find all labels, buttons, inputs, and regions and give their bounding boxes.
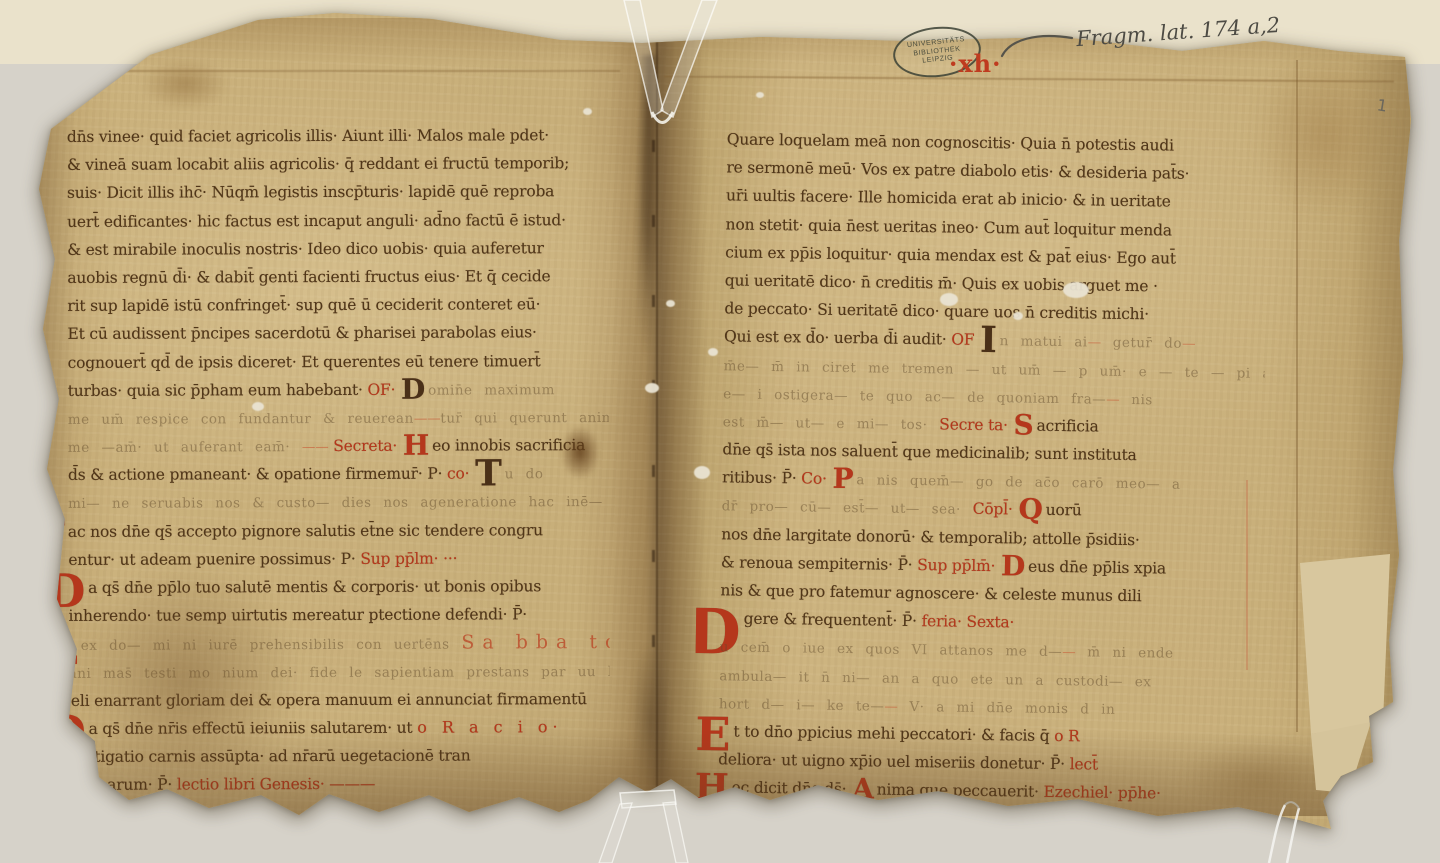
manuscript-text: eo innobis sacrificia <box>432 436 585 455</box>
manuscript-text: cognouert̄ qd̄ de ipsis diceret· Et quer… <box>68 352 541 372</box>
manuscript-line: Da qs̄ dn̄e nr̄is effectū ieiuniis salut… <box>45 713 610 743</box>
chant-text: u do <box>505 466 544 482</box>
illuminated-initial: H <box>402 429 432 462</box>
manuscript-line: & vineā suam locabit aliis agricolis· q̄… <box>43 149 608 179</box>
manuscript-text: nima que peccauerit· <box>877 781 1044 801</box>
chant-text: me um̄ respice con fundantur & reuerean <box>68 411 414 428</box>
manuscript-text: Qui est ex d̄o· uerba d̄i audit· <box>724 328 951 349</box>
chant-text: V· a mi dn̄e monis d in <box>898 699 1116 718</box>
sewing-hole <box>652 465 655 477</box>
manuscript-text: acrificia <box>1036 417 1098 436</box>
chant-text: m̄e— m̄ in ciret me tremen — ut um̄ — p … <box>724 358 1268 382</box>
illuminated-initial: H <box>693 766 731 809</box>
fold-crease <box>656 42 658 798</box>
rubric-text: Co· <box>801 470 831 488</box>
illuminated-initial: D <box>1000 549 1029 582</box>
chant-text: tur̄ qui querunt animam <box>440 410 610 427</box>
chant-text: e— i ostigera— te quo ac— de quoniam fra… <box>723 386 1106 407</box>
manuscript-line: me —am̄· ut auferant eam̄· —— Secreta· H… <box>44 431 609 461</box>
manuscript-line: ani mas̄ testi mo nium dei· fide le sapi… <box>45 657 610 687</box>
rubric-text: Sup pp̄lm̄· <box>917 556 1000 575</box>
manuscript-line: entur· ut adeam puenire possimus· P· Sup… <box>44 544 609 574</box>
manuscript-line: dn̄s vinee· quid faciet agricolis illis·… <box>43 121 608 151</box>
manuscript-text: ur̄i uultis facere· Ille homicida erat a… <box>726 187 1171 211</box>
rubric-text: Ezechiel· pp̄he· <box>1043 783 1160 803</box>
chant-text: est m̄— ut— e mi— tos· <box>723 414 940 433</box>
rubric-text: OF· <box>363 380 400 398</box>
rubric-text: co· <box>442 465 474 483</box>
chant-text: omin̄e maximum <box>428 382 555 398</box>
manuscript-text: inherendo· tue semp uirtutis mereatur pt… <box>68 605 527 625</box>
flaw-spot <box>645 383 659 393</box>
manuscript-text: castigatio carnis assūpta· ad nr̄arū ueg… <box>69 747 471 766</box>
rubric-text: feria· Sexta· <box>921 612 1014 631</box>
chant-rubric-mark: — <box>1106 391 1120 407</box>
manuscript-text: re sermonē meū· Vos ex patre diabolo eti… <box>726 159 1189 183</box>
fold-crease <box>1296 60 1298 732</box>
sewing-hole <box>652 380 655 392</box>
manuscript-line: castigatio carnis assūpta· ad nr̄arū ueg… <box>45 741 610 771</box>
left-page-text: dn̄s vinee· quid faciet agricolis illis·… <box>43 121 610 823</box>
manuscript-text: eus dn̄e pp̄lis xpia <box>1028 557 1166 577</box>
fold-crease <box>664 75 1394 82</box>
flaw-spot <box>756 92 764 98</box>
photo-of-manuscript: { "annotations": { "stamp_lines": ["UNIV… <box>0 0 1440 863</box>
chant-text: ex do— mi ni iurē prehensibilis con uert… <box>81 637 462 654</box>
stain <box>1250 55 1400 215</box>
manuscript-text: suis· Dicit illis ihc̄· Nūqm̄ legistis i… <box>67 183 554 203</box>
illuminated-initial: Q <box>1017 493 1046 526</box>
chant-text: n matui ai <box>1000 333 1088 350</box>
illuminated-initial: P <box>831 462 856 495</box>
manuscript-line: rit sup lapidē istū confringet̄· sup quē… <box>43 290 608 320</box>
manuscript-text: de peccato· Si ueritatē dico· quare uos … <box>724 299 1149 323</box>
illuminated-initial: D <box>400 372 428 405</box>
chant-rubric-mark: — <box>1182 336 1196 352</box>
manuscript-text: dn̄s vinee· quid faciet agricolis illis·… <box>67 126 549 146</box>
rubric-text: Secreta· <box>328 437 401 455</box>
stain <box>636 55 662 355</box>
manuscript-text: ac nos dn̄e qs̄ accepto pignore salutis … <box>68 521 543 541</box>
manuscript-text: cium ex pp̄is loquitur· quia mendax est … <box>725 243 1176 267</box>
flaw-spot <box>583 108 592 115</box>
stain <box>140 58 230 110</box>
manuscript-text: uorū <box>1046 501 1082 519</box>
illuminated-initial: D <box>45 705 89 759</box>
manuscript-line: suis· Dicit illis ihc̄· Nūqm̄ legistis i… <box>43 177 608 207</box>
manuscript-text: & est mirabile inoculis nostris· Ideo di… <box>67 239 544 259</box>
manuscript-text: non stetit· quia n̄est ueritas ineo· Cum… <box>725 215 1171 239</box>
fold-crease <box>60 70 620 72</box>
illuminated-initial: C <box>45 684 71 717</box>
chant-rubric-mark: — <box>1088 335 1102 351</box>
rubric-text: lectio libri Genesis· ——— <box>177 775 375 794</box>
chant-text: ani mas̄ testi mo nium dei· fide le sapi… <box>69 664 611 682</box>
manuscript-text: deliora· ut uigno xp̄io uel miseriis don… <box>718 750 1070 773</box>
sewing-hole <box>652 295 655 307</box>
chant-text: nis <box>1119 392 1152 408</box>
chant-text: getur̄ do <box>1101 335 1182 352</box>
manuscript-text: gere & frequentent̄· P̄· <box>744 610 922 630</box>
parchment-wrapper: dn̄s vinee· quid faciet agricolis illis·… <box>0 0 1440 863</box>
manuscript-line: Et cū audissent p̄ncipes sacerdotū & pha… <box>43 318 608 348</box>
manuscript-text: d̄s & actione pmaneant· & opatione firme… <box>68 465 442 484</box>
stain <box>630 640 670 800</box>
manuscript-text: a qs̄ dn̄e pp̄lo tuo salutē mentis & cor… <box>88 577 541 597</box>
manuscript-text: t to dn̄o ppicius mehi peccatori· & faci… <box>733 722 1054 744</box>
illuminated-initial: S <box>1012 408 1036 441</box>
manuscript-line: Fac nos dn̄e qs̄ accepto pignore salutis… <box>44 516 609 546</box>
manuscript-line: & est mirabile inoculis nostris· Ideo di… <box>43 234 608 264</box>
manuscript-text: & renoua sempiternis· P̄· <box>721 553 918 574</box>
manuscript-line: mi— ne seruabis nos & custo— dies nos ag… <box>44 487 609 517</box>
sewing-hole <box>652 215 655 227</box>
manuscript-text: animarum· P̄· <box>69 776 177 794</box>
rubric-text: Secre ta· <box>939 415 1013 434</box>
stain <box>1350 60 1410 800</box>
manuscript-text: auobis regnū d̄i· & dabit̄ genti facient… <box>67 267 550 287</box>
manuscript-line: auobis regnū d̄i· & dabit̄ genti facient… <box>43 262 608 292</box>
manuscript-line: Lex do— mi ni iurē prehensibilis con uer… <box>45 628 610 658</box>
rubric-text: Sa bba to <box>461 631 610 654</box>
manuscript-text: Et cū audissent p̄ncipes sacerdotū & pha… <box>67 324 536 344</box>
quire-numeral: ·xh· <box>949 49 1001 78</box>
chant-rubric-mark: —— <box>302 439 329 455</box>
chant-text: hort d— i— ke te— <box>719 696 885 714</box>
chant-text: a nis quem̄— go de ac̄o carō meo— a <box>856 472 1180 493</box>
manuscript-line: animarum· P̄· lectio libri Genesis· ——— <box>45 769 610 799</box>
sewing-hole <box>652 635 655 647</box>
chant-text: u cem̄ o iue ex quos VI attanos me d— <box>720 640 1063 661</box>
manuscript-text: nis & que pro fatemur agnoscere· & celes… <box>720 581 1141 605</box>
manuscript-text: uert̄ edificantes· hic factus est incapu… <box>67 211 566 231</box>
illuminated-initial: A <box>851 772 877 805</box>
manuscript-line: d̄s & actione pmaneant· & opatione firme… <box>44 459 609 489</box>
rubric-text: Sup pp̄lm· ··· <box>356 549 458 567</box>
parchment: dn̄s vinee· quid faciet agricolis illis·… <box>0 0 1440 863</box>
manuscript-text: a qs̄ dn̄e nr̄is effectū ieiuniis saluta… <box>89 719 418 738</box>
chant-rubric-mark: — <box>884 698 898 714</box>
flaw-spot <box>666 300 675 307</box>
chant-text: dr̄ pro— cū— est̄— ut— sea· <box>722 499 973 519</box>
manuscript-line: inherendo· tue semp uirtutis mereatur pt… <box>44 600 609 630</box>
chant-text: mi— ne seruabis nos & custo— dies nos ag… <box>68 494 610 512</box>
chant-text: ambula— it n̄ ni— an a quo ete un a cust… <box>719 668 1151 690</box>
manuscript-text: rit sup lapidē istū confringet̄· sup quē… <box>67 295 540 315</box>
rubric-text: OF <box>951 331 979 349</box>
rubric-text: o R <box>1054 727 1080 745</box>
manuscript-line: uert̄ edificantes· hic factus est incapu… <box>43 206 608 236</box>
manuscript-text: & vineā suam locabit aliis agricolis· q̄… <box>67 154 569 174</box>
manuscript-line: me um̄ respice con fundantur & reuerean—… <box>44 403 609 433</box>
manuscript-text: nos dn̄e largitate donorū· & temporalib;… <box>721 525 1140 549</box>
illuminated-initial: F <box>44 515 68 548</box>
manuscript-text: ritibus· P̄· <box>722 469 801 488</box>
chant-text: m̄ ni ende <box>1075 645 1173 662</box>
manuscript-line: turbas· quia sic p̄pham eum habebant· OF… <box>44 375 609 405</box>
rubric-text: lect̄ <box>1070 755 1098 773</box>
chant-rubric-mark: — <box>1062 644 1076 660</box>
sewing-hole <box>652 550 655 562</box>
manuscript-text: ec dicit dn̄s ds̄· <box>731 779 851 799</box>
sewing-hole <box>652 140 655 152</box>
manuscript-text: Quare loquelam meā non cognoscitis· Quia… <box>727 130 1174 154</box>
manuscript-line: cognouert̄ qd̄ de ipsis diceret· Et quer… <box>44 347 609 377</box>
manuscript-text: eli enarrant gloriam dei & opera manuum … <box>71 690 587 710</box>
manuscript-text: entur· ut adeam puenire possimus· P· <box>68 550 355 569</box>
chant-rubric-mark: —— <box>414 410 441 426</box>
manuscript-text: turbas· quia sic p̄pham eum habebant· <box>68 381 363 400</box>
manuscript-text: qui ueritatē dico· n̄ creditis m̄· Quis … <box>725 271 1158 295</box>
manuscript-line: Da qs̄ dn̄e pp̄lo tuo salutē mentis & co… <box>44 572 609 602</box>
chant-text: me —am̄· ut auferant eam̄· <box>68 439 302 456</box>
manuscript-text: dn̄e qs̄ ista nos saluent̄ que medicinal… <box>722 440 1136 464</box>
rubric-text: o R a c i o· <box>417 717 563 737</box>
manuscript-line: Celi enarrant gloriam dei & opera manuum… <box>45 685 610 715</box>
rubric-text: Cōpl̄· <box>973 500 1018 519</box>
right-page-text: Quare loquelam meā non cognoscitis· Quia… <box>693 125 1268 833</box>
